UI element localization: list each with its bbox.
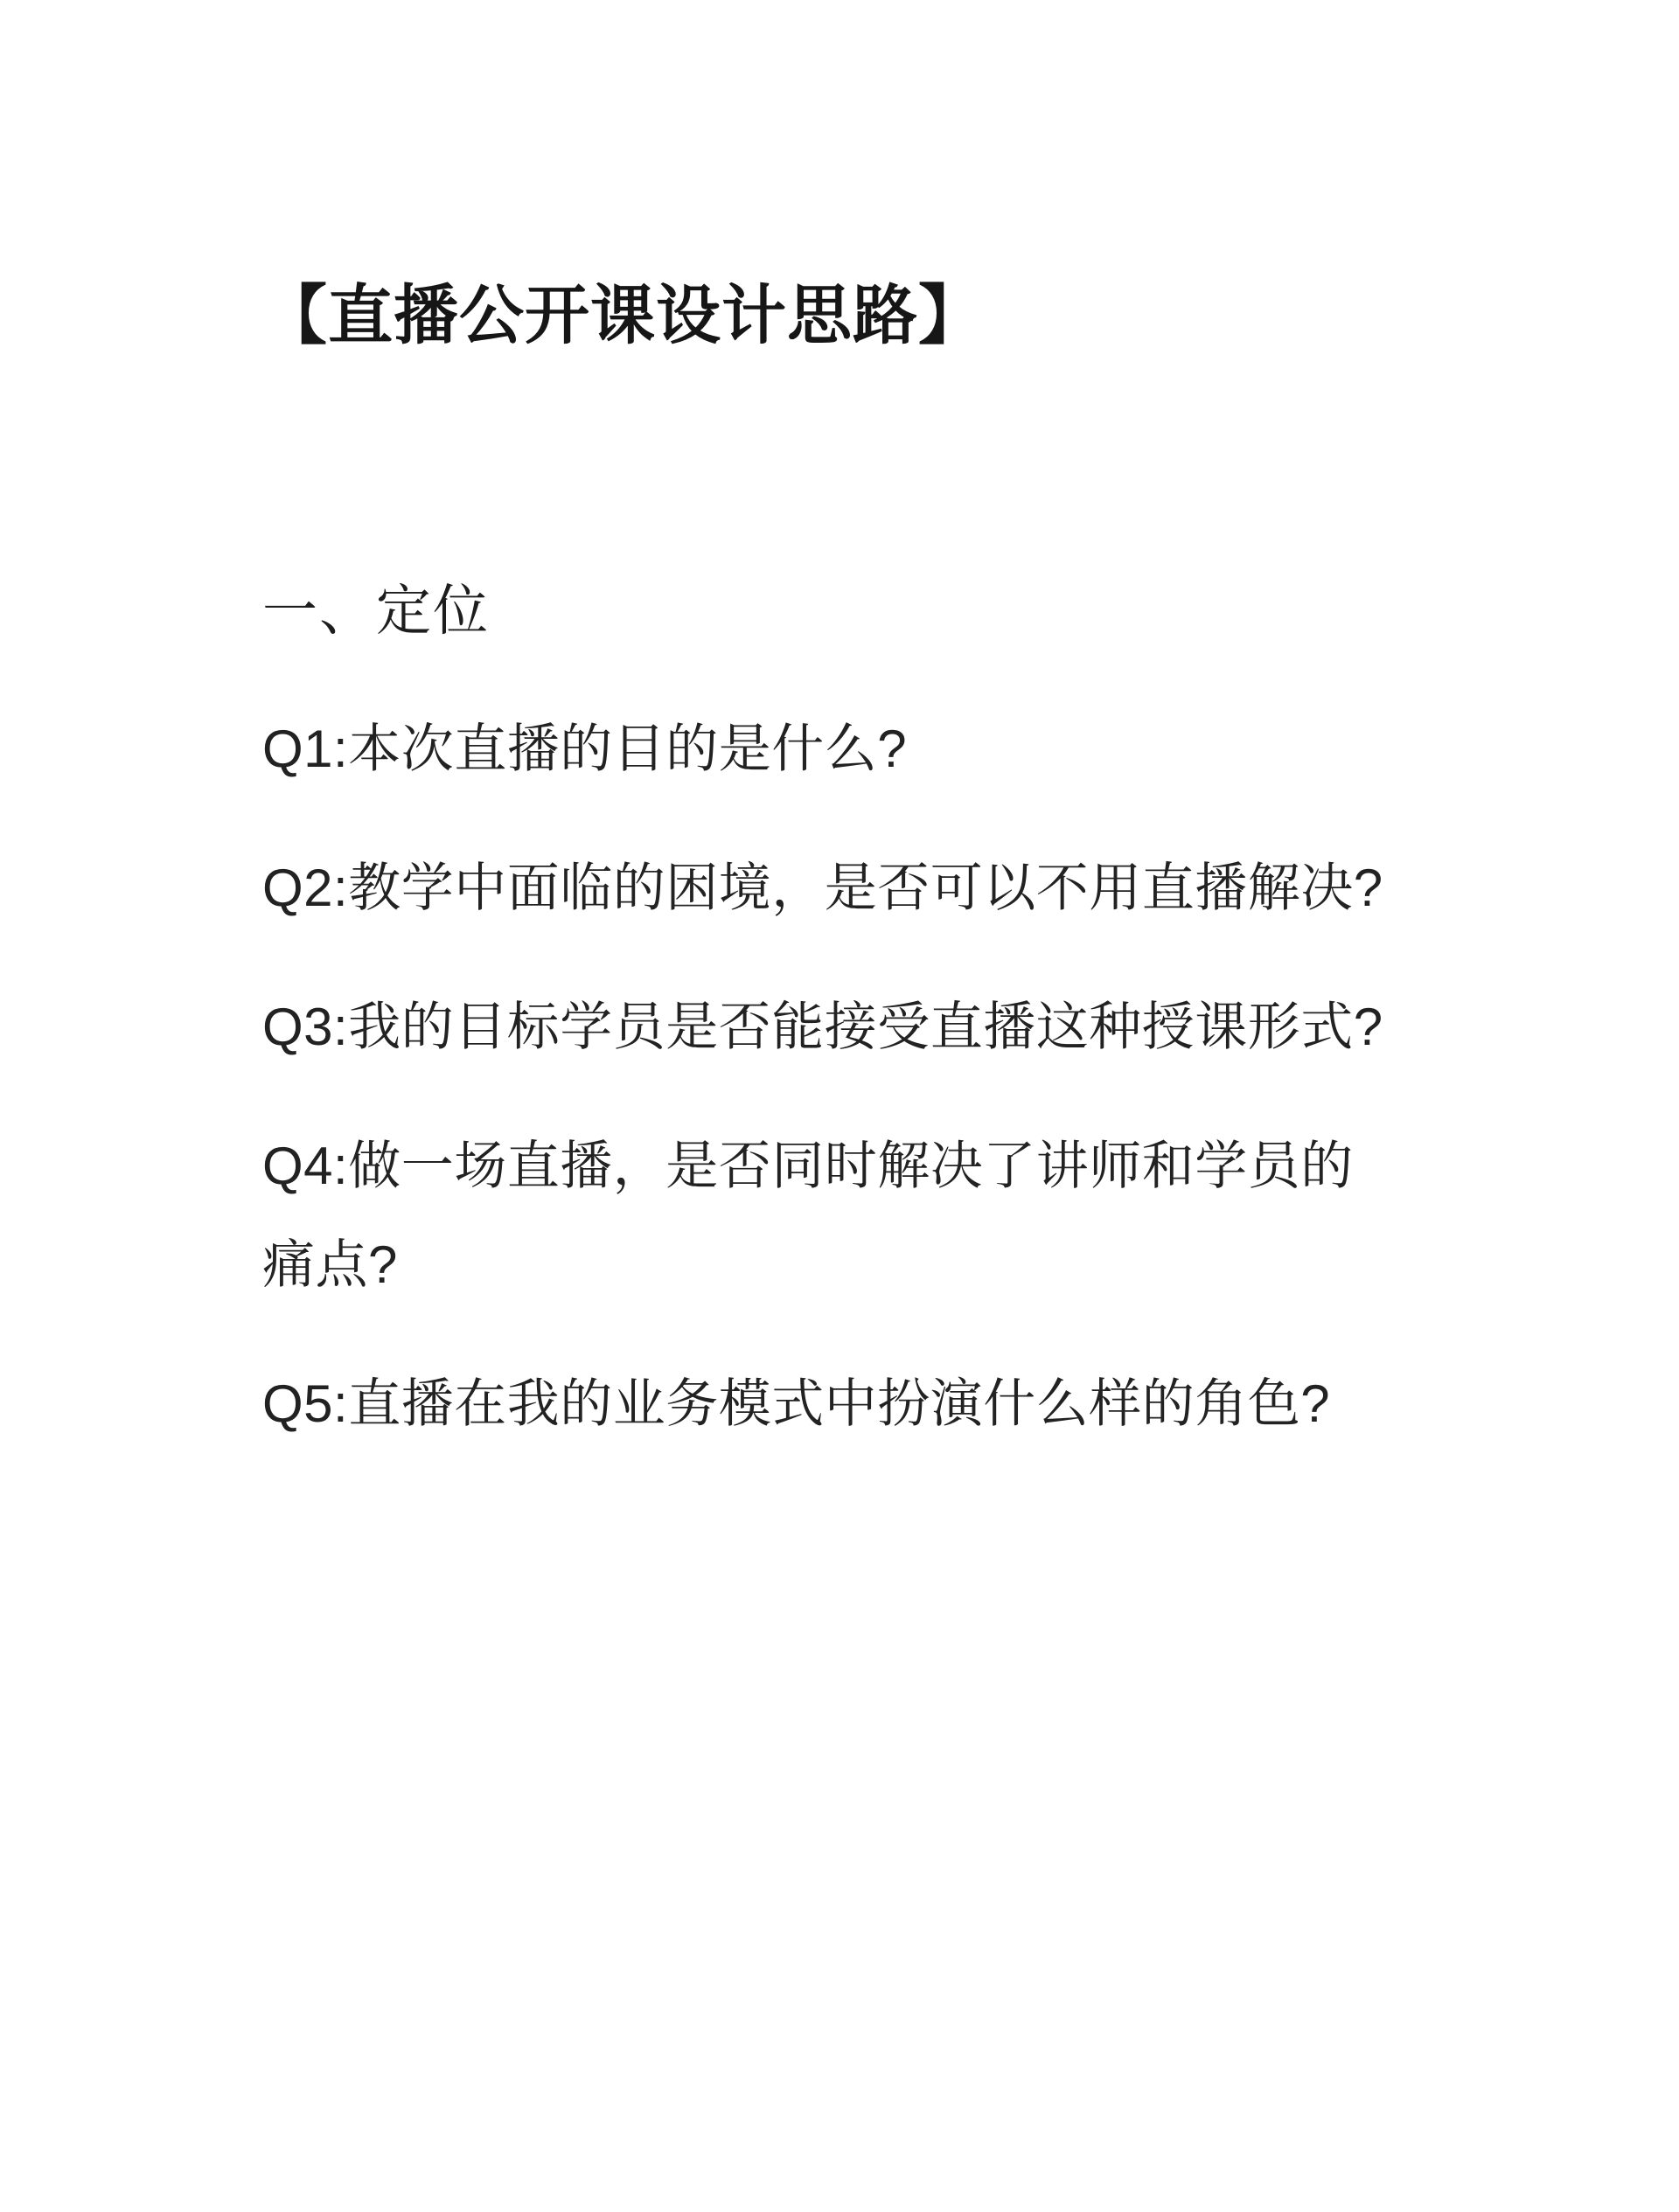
question-item-q2: Q2:教学中面临的困境，是否可以不用直播解决? [262, 838, 1452, 937]
question-item-q5: Q5:直播在我的业务模式中扮演什么样的角色? [262, 1354, 1452, 1453]
question-item-q1: Q1:本次直播的目的是什么? [262, 699, 1452, 798]
page-title: 【直播公开课设计思路】 [262, 282, 984, 350]
question-item-q4: Q4:做一场直播，是否同时解决了讲师和学员的 痛点? [262, 1116, 1452, 1314]
document-page: 【直播公开课设计思路】 一、定位 Q1:本次直播的目的是什么? Q2:教学中面临… [0, 0, 1679, 2212]
question-list: Q1:本次直播的目的是什么? Q2:教学中面临的困境，是否可以不用直播解决? Q… [262, 699, 1452, 1493]
section-heading: 一、定位 [262, 581, 490, 642]
question-item-q3: Q3:我的目标学员是否能接受直播这种授课形式? [262, 977, 1452, 1076]
